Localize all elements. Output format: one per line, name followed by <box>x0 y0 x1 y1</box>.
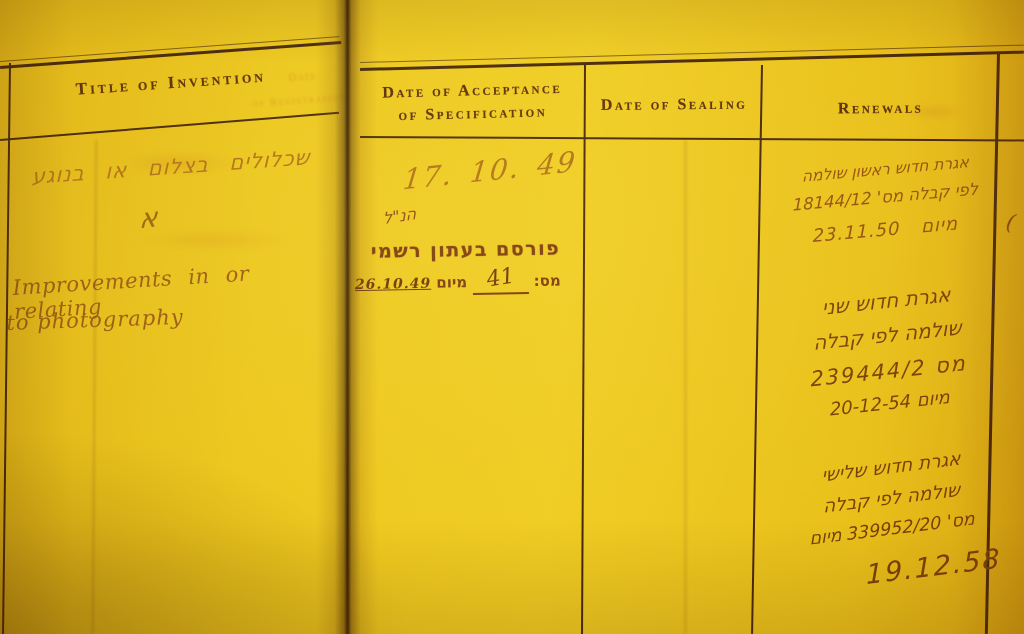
sealing-column-crease <box>684 140 687 634</box>
left-page-bleed-smudge-1 <box>120 150 240 176</box>
renewal-entry-third: אגרת חדוש שלישי שולמה לפי קבלה מס' 33995… <box>777 438 1008 609</box>
left-page-bleed-smudge-2 <box>140 228 290 252</box>
renewal-entry-second: אגרת חדוש שני שולמה לפי קבלה מס 239444/2… <box>771 272 1004 432</box>
handwritten-acceptance-date: 17. 10. 49 <box>401 145 578 197</box>
column-header-date-of-acceptance: Date of Acceptance of Specification <box>366 76 579 128</box>
stamp-date-label: מיום <box>436 273 467 292</box>
left-top-rule-thin <box>0 36 339 62</box>
handwritten-gazette-number: 41 <box>485 264 517 293</box>
handwritten-gazette-date: 26.10.49 <box>355 276 431 293</box>
stamp-text-published: פורסם בעתון רשמי <box>360 238 560 263</box>
renewal-entry-first: אגרת חדוש ראשון שולמה לפי קבלה מס' 18144… <box>767 150 1004 251</box>
column-header-date-of-sealing: Date of Sealing <box>590 96 758 115</box>
handwritten-note: הנ"ל <box>383 204 416 228</box>
bleed-through-text-1: Date <box>288 70 317 84</box>
stamp-number-label: מס: <box>534 272 561 290</box>
stamp-number-and-date-row: מס: 41 מיום 26.10.49 <box>361 267 561 297</box>
official-gazette-stamp: פורסם בעתון רשמי מס: 41 מיום 26.10.49 <box>360 238 561 297</box>
acceptance-sealing-divider-rule <box>581 64 586 634</box>
renewals-header-bleed-smudge <box>905 103 965 121</box>
ledger-page-photo: Title of Invention Date of Registration … <box>0 0 1024 634</box>
margin-partial-mark: ( <box>1004 210 1018 236</box>
acceptance-header-line2: of Specification <box>367 100 580 129</box>
renewal1-line3: מיום 23.11.50 <box>767 209 1004 251</box>
right-header-bottom-rule <box>360 136 1024 142</box>
left-column-rule <box>2 63 11 634</box>
stamp-number-blank: 41 <box>472 267 528 295</box>
sealing-renewals-divider-rule <box>751 65 763 634</box>
left-header-bottom-rule <box>0 112 339 142</box>
left-page-crease <box>91 140 97 634</box>
